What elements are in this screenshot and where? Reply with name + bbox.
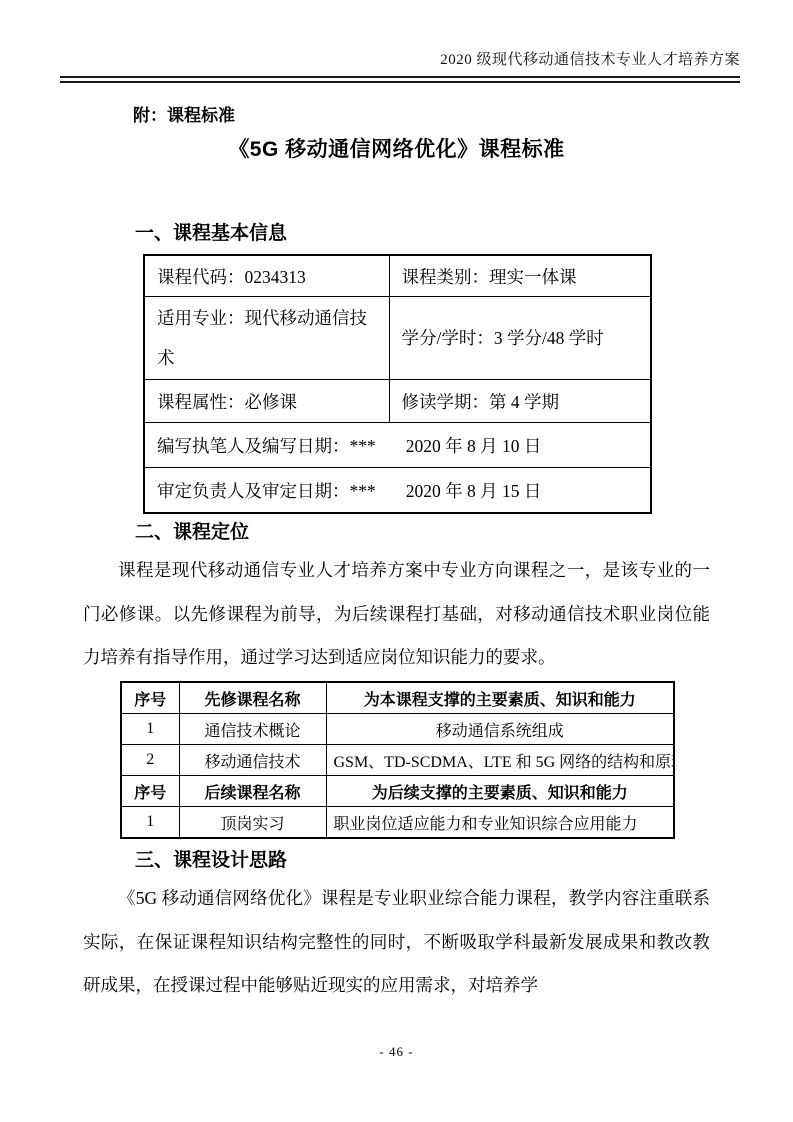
header-course-name-cell: 后续课程名称 xyxy=(179,776,326,807)
course-attribute-cell: 课程属性：必修课 xyxy=(144,380,389,423)
header-double-rule xyxy=(60,76,740,83)
paragraph-course-positioning: 课程是现代移动通信专业人才培养方案中专业方向课程之一，是该专业的一门必修课。以先… xyxy=(83,549,710,682)
course-category-cell: 课程类别：理实一体课 xyxy=(389,255,651,297)
credits-hours-cell: 学分/学时：3 学分/48 学时 xyxy=(389,297,651,380)
basic-info-table: 课程代码：0234313 课程类别：理实一体课 适用专业：现代移动通信技术 学分… xyxy=(143,254,652,514)
row-no-cell: 1 xyxy=(121,807,179,839)
document-title: 《5G 移动通信网络优化》课程标准 xyxy=(0,133,793,163)
table-row: 适用专业：现代移动通信技术 学分/学时：3 学分/48 学时 xyxy=(144,297,651,380)
paragraph-course-design: 《5G 移动通信网络优化》课程是专业职业综合能力课程，教学内容注重联系实际，在保… xyxy=(83,877,710,1010)
row-no-cell: 2 xyxy=(121,745,179,776)
table-row: 2 移动通信技术 GSM、TD-SCDMA、LTE 和 5G 网络的结构和原理 xyxy=(121,745,674,776)
header-support-cell: 为本课程支撑的主要素质、知识和能力 xyxy=(326,682,674,714)
course-name-cell: 顶岗实习 xyxy=(179,807,326,839)
header-course-name-cell: 先修课程名称 xyxy=(179,682,326,714)
author-date-cell: 编写执笔人及编写日期：***2020 年 8 月 10 日 xyxy=(144,423,651,468)
table-row: 课程代码：0234313 课程类别：理实一体课 xyxy=(144,255,651,297)
section-heading-design: 三、课程设计思路 xyxy=(135,845,287,872)
course-name-cell: 移动通信技术 xyxy=(179,745,326,776)
table-row: 课程属性：必修课 修读学期：第 4 学期 xyxy=(144,380,651,423)
course-support-table: 序号 先修课程名称 为本课程支撑的主要素质、知识和能力 1 通信技术概论 移动通… xyxy=(120,681,675,839)
support-desc-cell: 移动通信系统组成 xyxy=(326,714,674,745)
follow-up-header-row: 序号 后续课程名称 为后续支撑的主要素质、知识和能力 xyxy=(121,776,674,807)
study-semester-cell: 修读学期：第 4 学期 xyxy=(389,380,651,423)
page-number: - 46 - xyxy=(0,1044,793,1060)
row-no-cell: 1 xyxy=(121,714,179,745)
running-header: 2020 级现代移动通信技术专业人才培养方案 xyxy=(60,48,740,69)
attachment-label: 附：课程标准 xyxy=(133,101,235,126)
table-row: 1 通信技术概论 移动通信系统组成 xyxy=(121,714,674,745)
header-support-cell: 为后续支撑的主要素质、知识和能力 xyxy=(326,776,674,807)
table-row: 编写执笔人及编写日期：***2020 年 8 月 10 日 xyxy=(144,423,651,468)
header-no-cell: 序号 xyxy=(121,682,179,714)
prerequisite-header-row: 序号 先修课程名称 为本课程支撑的主要素质、知识和能力 xyxy=(121,682,674,714)
table-row: 审定负责人及审定日期：***2020 年 8 月 15 日 xyxy=(144,468,651,514)
reviewer-label: 审定负责人及审定日期：*** xyxy=(157,481,376,501)
document-page: 2020 级现代移动通信技术专业人才培养方案 附：课程标准 《5G 移动通信网络… xyxy=(0,0,793,1122)
reviewer-date-cell: 审定负责人及审定日期：***2020 年 8 月 15 日 xyxy=(144,468,651,514)
table-row: 1 顶岗实习 职业岗位适应能力和专业知识综合应用能力 xyxy=(121,807,674,839)
applicable-major-cell: 适用专业：现代移动通信技术 xyxy=(144,297,389,380)
course-code-cell: 课程代码：0234313 xyxy=(144,255,389,297)
section-heading-positioning: 二、课程定位 xyxy=(135,517,249,544)
support-desc-cell: 职业岗位适应能力和专业知识综合应用能力 xyxy=(326,807,674,839)
header-no-cell: 序号 xyxy=(121,776,179,807)
author-label: 编写执笔人及编写日期：*** xyxy=(157,436,376,456)
author-date: 2020 年 8 月 10 日 xyxy=(406,433,542,458)
course-name-cell: 通信技术概论 xyxy=(179,714,326,745)
section-heading-basic-info: 一、课程基本信息 xyxy=(135,218,287,245)
reviewer-date: 2020 年 8 月 15 日 xyxy=(406,478,542,503)
support-desc-cell: GSM、TD-SCDMA、LTE 和 5G 网络的结构和原理 xyxy=(326,745,674,776)
